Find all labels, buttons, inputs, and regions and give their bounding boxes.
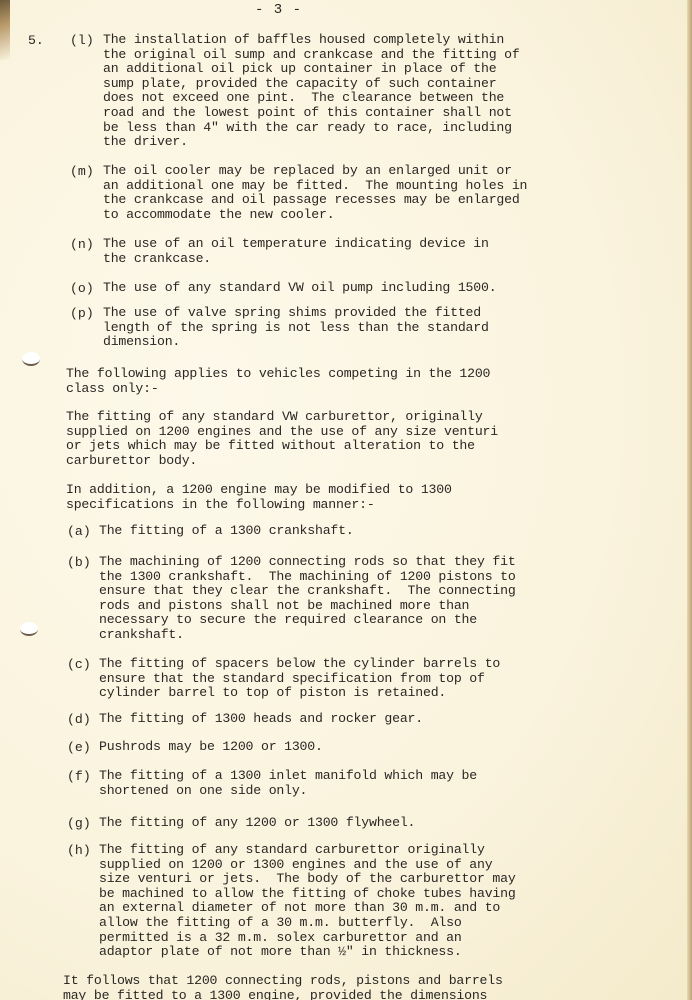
list-item: The fitting of any standard carburettor … xyxy=(99,843,516,960)
item-label: (f) xyxy=(67,769,91,784)
item-label: (m) xyxy=(70,164,94,179)
item-label: (p) xyxy=(70,306,94,321)
list-item: The use of valve spring shims provided t… xyxy=(103,306,489,350)
paragraph-addition: In addition, a 1200 engine may be modifi… xyxy=(66,483,452,512)
item-label: (c) xyxy=(67,657,91,672)
section-number: 5. xyxy=(28,33,44,48)
item-label: (l) xyxy=(70,33,94,48)
punch-hole xyxy=(20,622,38,636)
paragraph-1200-class: The following applies to vehicles compet… xyxy=(66,367,490,396)
paragraph-follows: It follows that 1200 connecting rods, pi… xyxy=(63,974,503,1000)
page-edge-shadow xyxy=(0,0,10,60)
list-item: The use of any standard VW oil pump incl… xyxy=(103,281,496,296)
item-label: (a) xyxy=(67,524,91,539)
list-item: The machining of 1200 connecting rods so… xyxy=(99,555,516,643)
punch-hole xyxy=(22,352,40,366)
list-item: The fitting of spacers below the cylinde… xyxy=(99,657,500,701)
list-item: The use of an oil temperature indicating… xyxy=(103,237,489,266)
item-label: (e) xyxy=(67,740,91,755)
list-item: Pushrods may be 1200 or 1300. xyxy=(99,740,323,755)
paragraph-carburettor: The fitting of any standard VW carburett… xyxy=(66,410,498,468)
page-number: - 3 - xyxy=(255,2,302,18)
item-label: (o) xyxy=(70,281,94,296)
list-item: The fitting of a 1300 inlet manifold whi… xyxy=(99,769,477,798)
item-label: (b) xyxy=(67,555,91,570)
document-page: - 3 - 5. (l)The installation of baffles … xyxy=(0,0,692,1000)
item-label: (d) xyxy=(67,712,91,727)
list-item: The fitting of a 1300 crankshaft. xyxy=(99,524,354,539)
list-item: The oil cooler may be replaced by an enl… xyxy=(103,164,527,222)
item-label: (h) xyxy=(67,843,91,858)
page-edge xyxy=(687,0,692,1000)
list-item: The fitting of any 1200 or 1300 flywheel… xyxy=(99,816,415,831)
item-label: (n) xyxy=(70,237,94,252)
list-item: The fitting of 1300 heads and rocker gea… xyxy=(99,712,423,727)
item-label: (g) xyxy=(67,816,91,831)
list-item: The installation of baffles housed compl… xyxy=(103,33,520,150)
